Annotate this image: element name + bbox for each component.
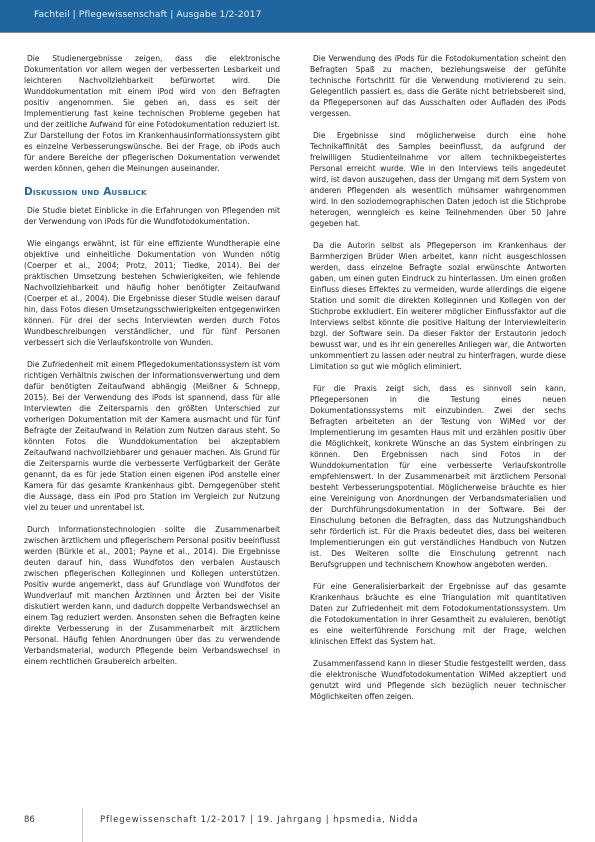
paragraph: Durch Informationstechnologien sollte di…: [24, 524, 280, 667]
page-number: 86: [24, 815, 35, 825]
paragraph: Für eine Generalisierbarkeit der Ergebni…: [310, 581, 566, 647]
paragraph: Die Verwendung des iPods für die Fotodok…: [310, 53, 566, 119]
footer-journal-line: Pflegewissenschaft 1/2-2017 | 19. Jahrga…: [100, 815, 418, 825]
footer-divider: [82, 808, 83, 842]
right-column: Die Verwendung des iPods für die Fotodok…: [310, 53, 566, 713]
running-header-bar: Fachteil | Pflegewissenschaft | Ausgabe …: [0, 0, 595, 33]
section-heading: Diskussion und Ausblick: [24, 185, 280, 199]
paragraph: Da die Autorin selbst als Pflegeperson i…: [310, 240, 566, 372]
paragraph: Die Zufriedenheit mit einem Pflegedokume…: [24, 359, 280, 513]
paragraph: Für die Praxis zeigt sich, dass es sinnv…: [310, 383, 566, 570]
paragraph: Wie eingangs erwähnt, ist für eine effiz…: [24, 238, 280, 348]
paragraph: Die Studienergebnisse zeigen, dass die e…: [24, 53, 280, 174]
running-title: Fachteil | Pflegewissenschaft | Ausgabe …: [34, 9, 261, 20]
paragraph: Die Studie bietet Einblicke in die Erfah…: [24, 205, 280, 227]
left-column: Die Studienergebnisse zeigen, dass die e…: [24, 53, 280, 678]
paragraph: Die Ergebnisse sind möglicherweise durch…: [310, 130, 566, 229]
paragraph: Zusammenfassend kann in dieser Studie fe…: [310, 658, 566, 702]
